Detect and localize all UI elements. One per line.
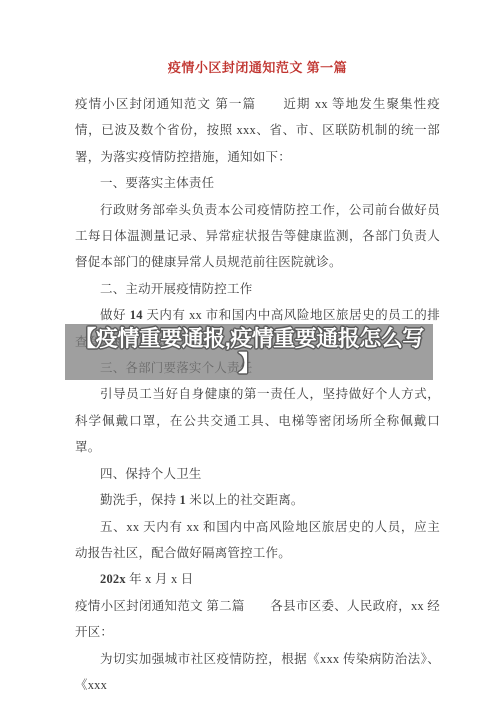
text-run: 引导员工当好自身健康的第一责任人，坚持做好个人方式，科学佩戴口罩，在公共交通工具… — [75, 387, 440, 454]
document-title: 疫情小区封闭通知范文 第一篇 — [75, 57, 440, 79]
paragraph: 为切实加强城市社区疫情防控，根据《xxx 传染病防治法》、《xxx — [75, 646, 440, 699]
watermark-line-2: 】 — [65, 351, 433, 376]
paragraph: 一、要落实主体责任 — [75, 170, 440, 196]
text-run: 行政财务部牵头负责本公司疫情防控工作，公司前台做好员工每日体温测量记录、异常症状… — [75, 203, 440, 270]
paragraph: 202x 年 x 月 x 日 — [75, 566, 440, 592]
text-run: 五、xx 天内有 xx 和国内中高风险地区旅居史的人员，应主动报告社区，配合做好… — [75, 520, 440, 560]
text-run: 疫情小区封闭通知范文 第一篇 近期 xx 等地发生聚集性疫情，已波及数个省份，按… — [75, 97, 440, 164]
paragraph: 疫情小区封闭通知范文 第二篇 各县市区委、人民政府，xx 经开区： — [75, 593, 440, 646]
document-page: 疫情小区封闭通知范文 第一篇 疫情小区封闭通知范文 第一篇 近期 xx 等地发生… — [0, 0, 500, 706]
text-run: 二、主动开展疫情防控工作 — [100, 282, 252, 296]
text-run: 为切实加强城市社区疫情防控，根据《xxx 传染病防治法》、《xxx — [75, 652, 440, 692]
paragraph: 行政财务部牵头负责本公司疫情防控工作，公司前台做好员工每日体温测量记录、异常症状… — [75, 197, 440, 276]
text-run: 疫情小区封闭通知范文 第二篇 各县市区委、人民政府，xx 经开区： — [75, 599, 440, 639]
text-run: 一、要落实主体责任 — [100, 176, 214, 190]
paragraph: 五、xx 天内有 xx 和国内中高风险地区旅居史的人员，应主动报告社区，配合做好… — [75, 514, 440, 567]
paragraph: 疫情小区封闭通知范文 第一篇 近期 xx 等地发生聚集性疫情，已波及数个省份，按… — [75, 91, 440, 170]
bold-run: 14 — [130, 308, 143, 322]
bold-run: 202x — [100, 572, 126, 586]
watermark-band: 【疫情重要通报,疫情重要通报怎么写 】 — [65, 324, 433, 380]
document-body: 疫情小区封闭通知范文 第一篇 近期 xx 等地发生聚集性疫情，已波及数个省份，按… — [75, 91, 440, 698]
text-run: 勤洗手，保持 — [100, 493, 180, 507]
paragraph: 引导员工当好自身健康的第一责任人，坚持做好个人方式，科学佩戴口罩，在公共交通工具… — [75, 381, 440, 460]
text-run: 做好 — [100, 308, 130, 322]
paragraph: 勤洗手，保持 1 米以上的社交距离。 — [75, 487, 440, 513]
text-run: 四、保持个人卫生 — [100, 467, 202, 481]
paragraph: 二、主动开展疫情防控工作 — [75, 276, 440, 302]
watermark-line-1: 【疫情重要通报,疫情重要通报怎么写 — [65, 326, 433, 351]
paragraph: 四、保持个人卫生 — [75, 461, 440, 487]
text-run: 米以上的社交距离。 — [186, 493, 304, 507]
text-run: 年 x 月 x 日 — [126, 572, 194, 586]
